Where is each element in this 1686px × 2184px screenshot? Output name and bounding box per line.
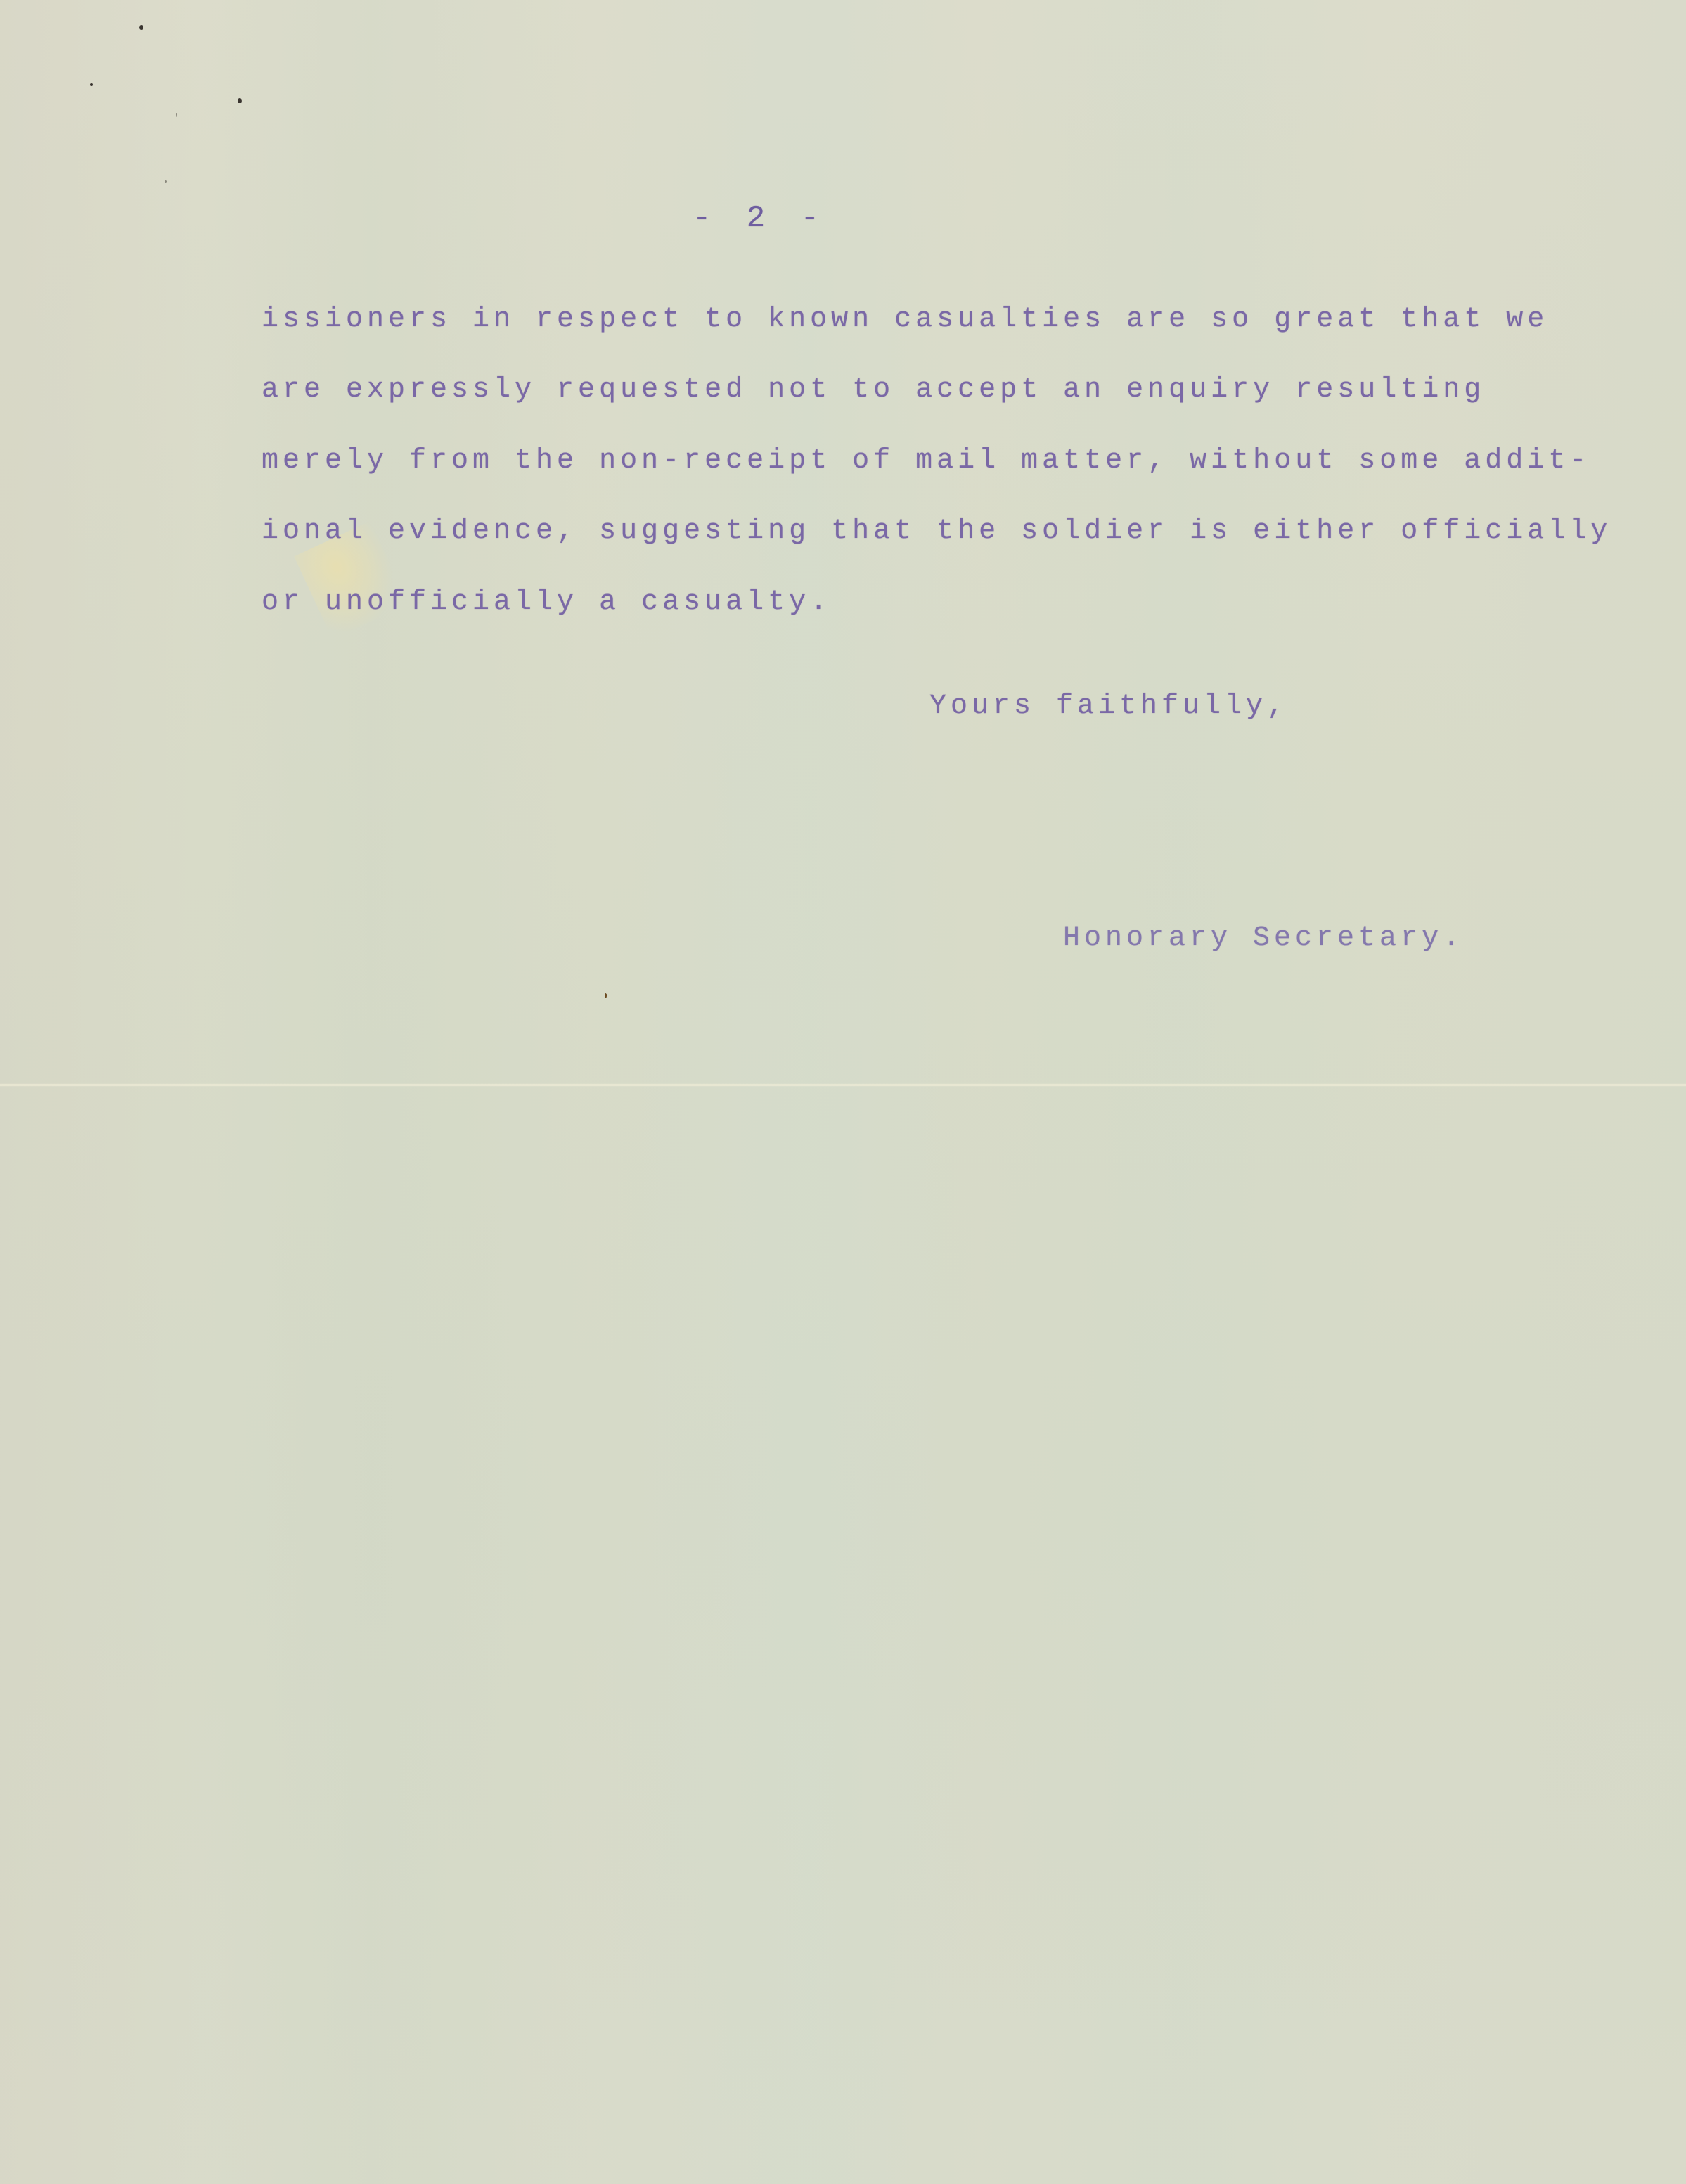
page-number: - 2 - (693, 201, 828, 236)
letter-body-line: merely from the non-receipt of mail matt… (262, 445, 1590, 477)
paper-speck (605, 993, 607, 998)
paper-speck (176, 113, 177, 117)
letter-body-line: or unofficially a casualty. (262, 586, 831, 618)
letter-body-line: ional evidence, suggesting that the sold… (262, 515, 1611, 547)
letter-closing: Yours faithfully, (929, 690, 1288, 722)
paper-speck (90, 83, 93, 86)
paper-fold-line (0, 1083, 1686, 1087)
paper-speck (238, 98, 242, 103)
letter-body-line: are expressly requested not to accept an… (262, 374, 1485, 406)
paper-speck (139, 25, 143, 30)
signature-title: Honorary Secretary. (1063, 923, 1464, 954)
paper-speck (165, 180, 167, 183)
letter-body-line: issioners in respect to known casualties… (262, 304, 1548, 335)
